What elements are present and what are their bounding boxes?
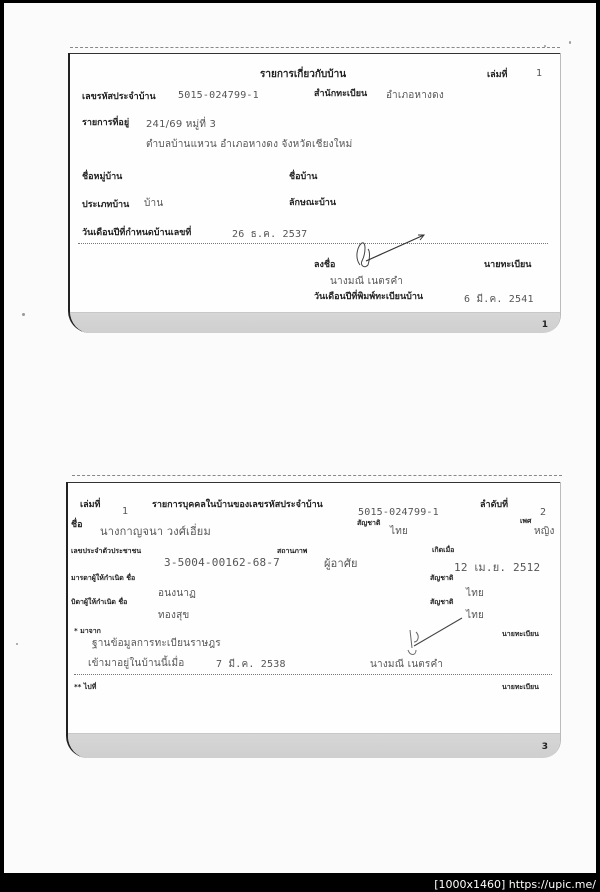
number-assigned-date-value: 26 ธ.ค. 2537 (232, 227, 307, 242)
card-footer-band: 1 (70, 312, 560, 333)
citizen-id-value: 3-5004-00162-68-7 (164, 556, 280, 569)
registry-office-value: อำเภอหางดง (386, 88, 444, 103)
scanned-page: รายการเกี่ยวกับบ้าน เล่มที่ 1 เลขรหัสประ… (4, 3, 596, 873)
print-date-label: วันเดือนปีที่พิมพ์ทะเบียนบ้าน (314, 289, 423, 303)
book-number-label: เล่มที่ (80, 497, 100, 511)
address-label: รายการที่อยู่ (82, 115, 129, 129)
house-name-label: ชื่อบ้าน (289, 169, 317, 183)
registrar-signature (398, 610, 488, 660)
book-number-label: เล่มที่ (487, 67, 507, 81)
mother-nationality-value: ไทย (466, 586, 484, 601)
number-assigned-date-label: วันเดือนปีที่กำหนดบ้านเลขที่ (82, 225, 191, 239)
sex-value: หญิง (534, 524, 555, 539)
moved-in-date: 7 มี.ค. 2538 (216, 657, 286, 672)
status-label: สถานภาพ (277, 546, 307, 557)
scan-speck (22, 313, 25, 316)
scan-speck (569, 41, 571, 44)
book-number-value: 1 (536, 68, 542, 79)
birth-date-value: 12 เม.ย. 2512 (454, 558, 540, 576)
status-value: ผู้อาศัย (324, 554, 358, 572)
registrar-signature (348, 225, 428, 275)
registrar-label: นายทะเบียน (484, 257, 531, 271)
nationality-label: สัญชาติ (357, 518, 380, 529)
perforation-line (72, 475, 562, 476)
registry-office-label: สำนักทะเบียน (314, 86, 367, 100)
card-title: รายการเกี่ยวกับบ้าน (260, 67, 346, 82)
moved-from-value: ฐานข้อมูลการทะเบียนราษฎร (92, 636, 221, 651)
page-number: 3 (542, 742, 548, 752)
nationality-value: ไทย (390, 524, 408, 539)
section-divider (74, 674, 552, 675)
signer-name: นางมณี เนตรคำ (370, 657, 443, 672)
mother-label: มารดาผู้ให้กำเนิด ชื่อ (71, 573, 135, 584)
card-top-border (68, 482, 560, 483)
moved-to-label: ** ไปที่ (74, 682, 96, 693)
address-line-2: ตำบลบ้านแหวน อำเภอหางดง จังหวัดเชียงใหม่ (146, 137, 352, 152)
book-number-value: 1 (122, 506, 128, 517)
mother-nationality-label: สัญชาติ (430, 573, 453, 584)
house-character-label: ลักษณะบ้าน (289, 195, 336, 209)
signed-label: ลงชื่อ (314, 257, 335, 271)
print-date-value: 6 มี.ค. 2541 (464, 292, 534, 307)
village-name-label: ชื่อหมู่บ้าน (82, 169, 122, 183)
father-nationality-label: สัญชาติ (430, 597, 453, 608)
father-label: บิดาผู้ให้กำเนิด ชื่อ (71, 597, 127, 608)
registrar-label-2: นายทะเบียน (502, 682, 539, 693)
order-number-label: ลำดับที่ (480, 497, 508, 511)
registrar-label: นายทะเบียน (502, 629, 539, 640)
scan-speck (16, 643, 18, 645)
signer-name: นางมณี เนตรคำ (330, 274, 403, 289)
mother-name: อนงนาฏ (158, 586, 196, 601)
card-title: รายการบุคคลในบ้านของเลขรหัสประจำบ้าน (152, 497, 323, 511)
card-footer-band: 3 (68, 733, 560, 758)
card-top-border (70, 53, 560, 54)
citizen-id-label: เลขประจำตัวประชาชน (71, 546, 141, 557)
sex-label: เพศ (520, 516, 531, 527)
image-watermark: [1000x1460] https://upic.me/ (434, 878, 596, 891)
birth-date-label: เกิดเมื่อ (432, 545, 454, 556)
address-line-1: 241/69 หมู่ที่ 3 (146, 117, 216, 132)
house-code-value: 5015-024799-1 (358, 507, 439, 518)
house-code-label: เลขรหัสประจำบ้าน (82, 89, 156, 103)
house-type-value: บ้าน (144, 196, 163, 211)
page-number: 1 (542, 320, 548, 330)
house-type-label: ประเภทบ้าน (82, 197, 129, 211)
name-label: ชื่อ (71, 517, 83, 531)
name-value: นางกาญจนา วงศ์เอี่ยม (100, 522, 211, 540)
moved-in-label: เข้ามาอยู่ในบ้านนี้เมื่อ (88, 656, 185, 671)
perforation-line (70, 47, 560, 48)
person-details-card: เล่มที่ 1 รายการบุคคลในบ้านของเลขรหัสประ… (66, 482, 561, 758)
house-details-card: รายการเกี่ยวกับบ้าน เล่มที่ 1 เลขรหัสประ… (68, 53, 561, 333)
order-number-value: 2 (540, 507, 546, 518)
father-name: ทองสุข (158, 608, 189, 623)
section-divider (78, 243, 548, 244)
house-code-value: 5015-024799-1 (178, 90, 259, 101)
